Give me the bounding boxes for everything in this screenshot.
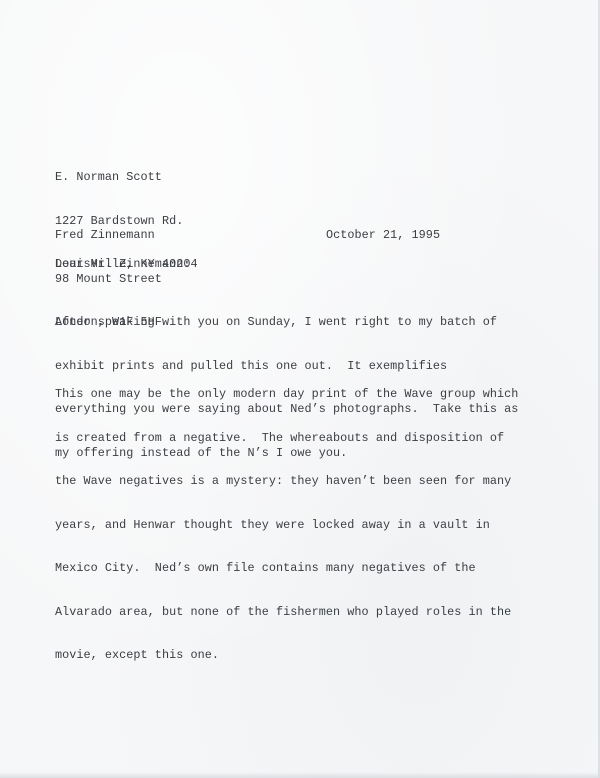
paragraph-line: movie, except this one.: [55, 648, 518, 663]
sender-name: E. Norman Scott: [55, 170, 198, 185]
paragraph-line: is created from a negative. The whereabo…: [55, 431, 518, 446]
body-paragraph-2: This one may be the only modern day prin…: [55, 358, 518, 692]
letter-page: E. Norman Scott 1227 Bardstown Rd. Louis…: [0, 0, 600, 778]
paragraph-line: Mexico City. Ned’s own file contains man…: [55, 561, 518, 576]
recipient-name: Fred Zinnemann: [55, 228, 162, 243]
paragraph-line: Alvarado area, but none of the fishermen…: [55, 605, 518, 620]
recipient-street: 98 Mount Street: [55, 272, 162, 287]
paragraph-line: After speaking with you on Sunday, I wen…: [55, 315, 518, 330]
letter-date: October 21, 1995: [326, 228, 440, 243]
paragraph-line: years, and Henwar thought they were lock…: [55, 518, 518, 533]
paragraph-line: the Wave negatives is a mystery: they ha…: [55, 474, 518, 489]
paragraph-line: This one may be the only modern day prin…: [55, 387, 518, 402]
page-edge-shadow: [0, 772, 600, 778]
salutation: Dear Mr. Zinnemann:: [55, 257, 190, 272]
